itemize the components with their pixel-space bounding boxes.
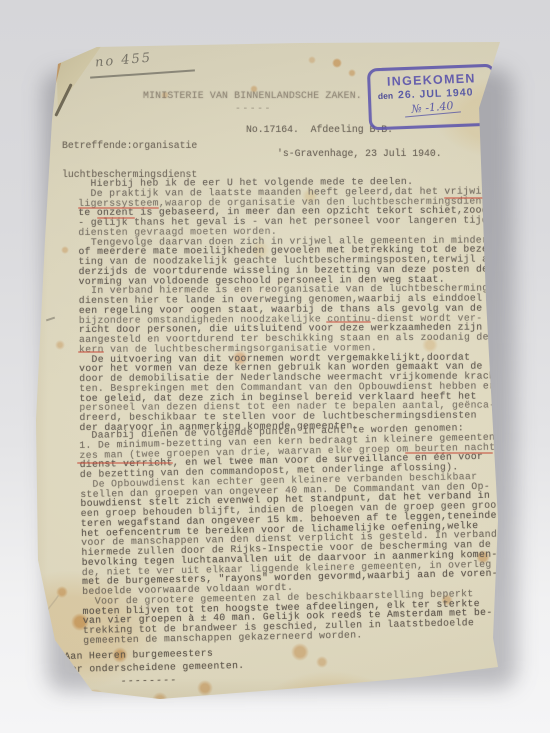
margin-dash-mark [46,317,55,322]
place-dateline: 's-Gravenhage, 23 Juli 1940. [277,148,442,159]
red-underline-mark [97,217,135,219]
ingekomen-stamp: INGEKOMEN den 26. JUL 1940 № -1.40 [367,64,497,131]
letterhead-divider: ----- [235,103,272,114]
typed-line: ten. Besprekingen met den Commandant van… [79,381,509,393]
stamp-date-prefix: den [378,90,393,101]
subject-line: Betreffende:organisatie [62,141,197,151]
typed-line: bijzondere omstandigheden noodzakelijke … [79,313,509,325]
pencil-annotation: no 455 [94,51,152,71]
fold-edge-streak [58,43,74,53]
red-underline-mark [78,207,159,209]
pencil-underline [90,69,195,78]
body-paragraphs-lower: Daarbij dienen de volgende punten in ach… [79,422,513,645]
ministry-letterhead: MINISTERIE VAN BINNENLANDSCHE ZAKEN. [143,90,393,101]
red-underline-mark [77,462,173,464]
body-paragraphs-upper: Hierbij heb ik de eer U het volgende med… [78,176,510,432]
stamp-date: 26. JUL 1940 [398,86,474,101]
photo-scene: no 455 MINISTERIE VAN BINNENLANDSCHE ZAK… [0,0,550,733]
red-underline-mark [405,452,493,454]
closing-address: Aan Heeren burgemeesters der onderscheid… [64,646,245,689]
stamp-handwritten-number: № -1.40 [404,98,461,117]
red-underline-mark [78,351,104,353]
typed-line: Tengevolge daarvan doen zich in vrijwel … [78,235,508,247]
red-underline-mark [326,321,371,323]
document-page: no 455 MINISTERIE VAN BINNENLANDSCHE ZAK… [0,0,550,733]
